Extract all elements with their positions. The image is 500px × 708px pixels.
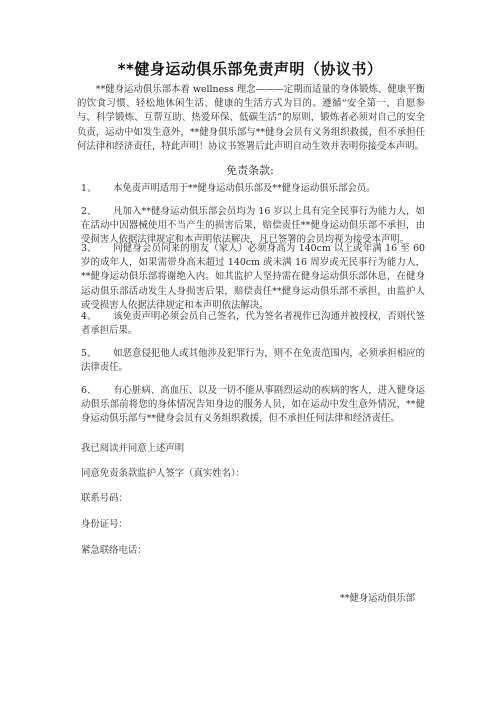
clause-5: 5、如恶意侵犯他人或其他涉及犯罪行为，则不在免责范围内，必须承担相应的法律责任。 (81, 347, 425, 375)
clause-text: 同健身会员同来的朋友（家人）必须身高为 140cm 以上或年满 16 至 60 … (81, 243, 425, 311)
clause-number: 5、 (81, 347, 113, 361)
clause-3: 3、同健身会员同来的朋友（家人）必须身高为 140cm 以上或年满 16 至 6… (81, 242, 425, 313)
document-page: **健身运动俱乐部免责声明（协议书） **健身运动俱乐部本着 wellness … (0, 0, 500, 708)
document-title: **健身运动俱乐部免责声明（协议书） (0, 58, 500, 79)
id-number-field: 身份证号： (81, 516, 128, 530)
clause-1: 1、本免责声明适用于**健身运动俱乐部及**健身运动俱乐部会员。 (81, 182, 425, 196)
emergency-phone-field: 紧急联络电话： (81, 542, 147, 556)
clause-number: 1、 (81, 182, 113, 196)
clause-number: 3、 (81, 242, 113, 256)
phone-field: 联系号码： (81, 490, 128, 504)
clause-text: 该免责声明必须会员自己签名，代为签名者视作已沟通并被授权，否则代签者承担后果。 (81, 311, 425, 336)
clause-text: 本免责声明适用于**健身运动俱乐部及**健身运动俱乐部会员。 (113, 183, 376, 194)
guardian-signature-field: 同意免责条款监护人签字（真实姓名）： (81, 465, 245, 479)
clause-number: 6、 (81, 384, 113, 398)
agreement-statement: 我已阅读并同意上述声明 (81, 440, 184, 454)
intro-paragraph: **健身运动俱乐部本着 wellness 理念———定期而适量的身体锻炼、健康平… (77, 83, 425, 154)
clause-4: 4、该免责声明必须会员自己签名，代为签名者视作已沟通并被授权，否则代签者承担后果… (81, 310, 425, 338)
clause-number: 4、 (81, 310, 113, 324)
clause-text: 如恶意侵犯他人或其他涉及犯罪行为，则不在免责范围内，必须承担相应的法律责任。 (81, 348, 425, 373)
club-signature: **健身运动俱乐部 (340, 590, 415, 604)
clause-number: 2、 (81, 205, 113, 219)
clause-text: 凡加入**健身运动俱乐部会员均为 16 岁以上具有完全民事行为能力人，如在活动中… (81, 206, 425, 245)
clause-text: 有心脏病、高血压、以及一切不能从事剧烈运动的疾病的客人，进入健身运动俱乐部前将您… (81, 385, 425, 424)
clauses-heading: 免责条款: (0, 162, 500, 178)
clause-6: 6、有心脏病、高血压、以及一切不能从事剧烈运动的疾病的客人，进入健身运动俱乐部前… (81, 384, 425, 427)
